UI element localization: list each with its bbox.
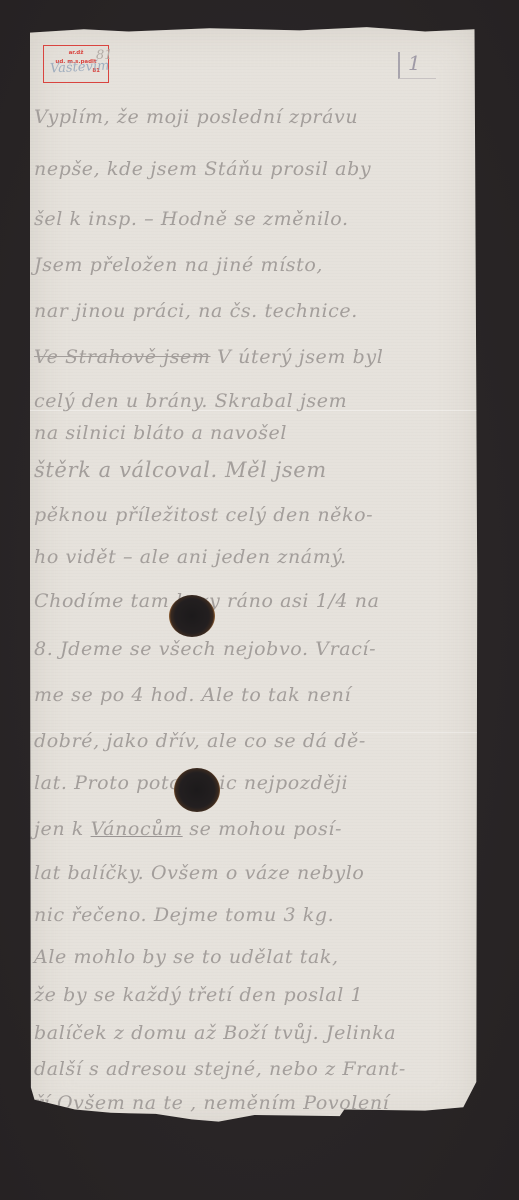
page-number: 1 bbox=[398, 52, 436, 79]
text-line: další s adresou stejné, nebo z Frant- bbox=[34, 1058, 406, 1080]
text-line: štěrk a válcoval. Měl jsem bbox=[34, 458, 327, 482]
text-line: nar jinou práci, na čs. technice. bbox=[34, 300, 358, 322]
text-line: nic řečeno. Dejme tomu 3 kg. bbox=[34, 904, 334, 926]
text-line-start: jen k bbox=[34, 818, 91, 840]
text-line: 8. Jdeme se všech nejobvo. Vrací- bbox=[34, 638, 376, 660]
text-line: lat balíčky. Ovšem o váze nebylo bbox=[34, 862, 364, 884]
text-line: Jsem přeložen na jiné místo, bbox=[34, 254, 323, 276]
text-line-remainder: se mohou posí- bbox=[183, 818, 342, 840]
text-line: šel k insp. – Hodně se změnilo. bbox=[34, 208, 349, 230]
text-line: Vyplím, že moji poslední zprávu bbox=[34, 106, 358, 128]
burn-hole bbox=[169, 595, 215, 637]
text-line: že by se každý třetí den poslal 1 bbox=[34, 984, 363, 1006]
text-line: me se po 4 hod. Ale to tak není bbox=[34, 684, 351, 706]
text-line: balíček z domu až Boží tvůj. Jelinka bbox=[34, 1022, 396, 1044]
text-line: ho vidět – ale ani jeden známý. bbox=[34, 546, 347, 568]
text-line-with-underline: jen k Vánocům se mohou posí- bbox=[34, 818, 342, 840]
text-line-with-strikethrough: Ve Strahově jsem V úterý jsem byl bbox=[34, 346, 383, 368]
struck-text: Ve Strahově jsem bbox=[34, 346, 211, 368]
pencil-annotation-suffix: 81 bbox=[96, 48, 113, 63]
underlined-text: Vánocům bbox=[91, 818, 183, 840]
text-line-remainder: V úterý jsem byl bbox=[217, 346, 383, 368]
text-line: dobré, jako dřív, ale co se dá dě- bbox=[34, 730, 366, 752]
text-line: celý den u brány. Skrabal jsem bbox=[34, 390, 347, 412]
burn-hole bbox=[174, 768, 220, 812]
text-line: na silnici bláto a navošel bbox=[34, 422, 287, 444]
text-line: nepše, kde jsem Stáňu prosil aby bbox=[34, 158, 371, 180]
letter-page: ar.dž ud. m.s.padlt 81 Vaštevím 81 1 Vyp… bbox=[30, 26, 479, 1126]
text-line: pěknou příležitost celý den něko- bbox=[34, 504, 373, 526]
text-line: Ale mohlo by se to udělat tak, bbox=[34, 946, 339, 968]
